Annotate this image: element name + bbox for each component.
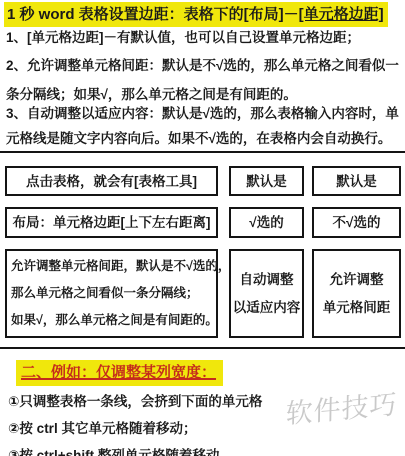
table-cell-text: 布局：单元格边距[上下左右距离]: [7, 215, 216, 230]
page-title-main: 1 秒 word 表格设置边距：表格下的[布局]－: [7, 6, 299, 23]
table-cell-r3c1: 允许调整单元格间距，默认是不√选的， 那么单元格之间看似一条分隔线； 如果√，那…: [5, 249, 218, 338]
paragraph-2-line-1: 2、允许调整单元格间距：默认是不√选的，那么单元格之间看似一: [6, 57, 399, 74]
watermark-text: 软件技巧: [285, 389, 397, 429]
table-cell-text: 允许调整: [314, 266, 399, 294]
table-cell-text: √选的: [231, 215, 302, 230]
table-cell-text: 如果√，那么单元格之间是有间距的。: [11, 307, 218, 334]
table-cell-r2c1: 布局：单元格边距[上下左右距离]: [5, 207, 218, 238]
table-cell-text: 自动调整: [231, 266, 302, 294]
section-2-item-3-clipped: ③按 ctrl+shift 整列单元格随着移动: [8, 447, 219, 456]
section-2-heading: 二、例如：仅调整某列宽度：: [16, 360, 223, 386]
table-cell-r2c2: √选的: [229, 207, 304, 238]
paragraph-3-line-2: 元格线是随文字内容向后。如果不√选的，在表格内会自动换行。: [6, 130, 391, 147]
table-cell-text: 默认是: [231, 174, 302, 189]
table-cell-text: 允许调整单元格间距，默认是不√选的，: [11, 253, 230, 280]
paragraph-3-line-1: 3、自动调整以适应内容：默认是√选的，那么表格输入内容时，单: [6, 105, 399, 122]
table-cell-r3c3: 允许调整 单元格间距: [312, 249, 401, 338]
separator-line-top: [0, 151, 405, 153]
table-cell-text: 以适应内容: [231, 294, 302, 322]
table-cell-text: 默认是: [314, 174, 399, 189]
section-2-item-2: ②按 ctrl 其它单元格随着移动；: [8, 420, 196, 437]
paragraph-2-line-2: 条分隔线；如果√，那么单元格之间是有间距的。: [6, 86, 297, 103]
table-cell-r1c3: 默认是: [312, 166, 401, 196]
separator-line-bottom: [0, 347, 405, 349]
table-cell-text: 点击表格，就会有[表格工具]: [7, 174, 216, 189]
table-cell-r3c2: 自动调整 以适应内容: [229, 249, 304, 338]
table-cell-text: 那么单元格之间看似一条分隔线；: [11, 280, 199, 307]
table-cell-text: 不√选的: [314, 215, 399, 230]
page-title: 1 秒 word 表格设置边距：表格下的[布局]－[单元格边距]: [4, 2, 388, 27]
table-cell-r1c1: 点击表格，就会有[表格工具]: [5, 166, 218, 196]
document-page: 1 秒 word 表格设置边距：表格下的[布局]－[单元格边距] 1、[单元格边…: [0, 0, 405, 456]
table-cell-r1c2: 默认是: [229, 166, 304, 196]
table-cell-r2c3: 不√选的: [312, 207, 401, 238]
table-cell-text: 单元格间距: [314, 294, 399, 322]
paragraph-1-line-1: 1、[单元格边距]－有默认值，也可以自己设置单元格边距；: [6, 29, 360, 46]
page-title-underlined: [单元格边距]: [299, 6, 384, 23]
section-2-item-1: ①只调整表格一条线，会挤到下面的单元格: [8, 393, 262, 410]
